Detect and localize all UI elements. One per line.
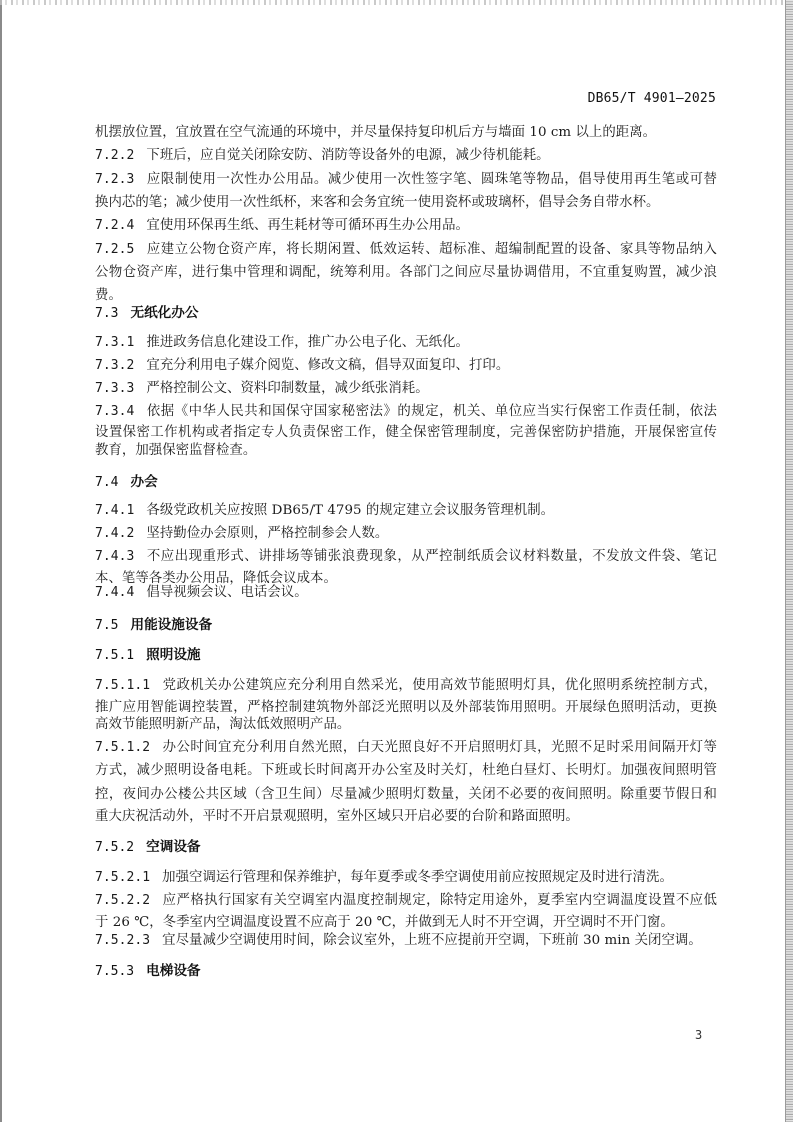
- clause-text: 各级党政机关应按照 DB65/T 4795 的规定建立会议服务管理机制。: [146, 503, 554, 518]
- clause-text: 宜使用环保再生纸、再生耗材等可循环再生办公用品。: [146, 218, 469, 233]
- section-title: 电梯设备: [146, 963, 200, 979]
- clause-number: 7.3.2: [95, 358, 134, 373]
- section-title: 用能设施设备: [130, 617, 212, 633]
- clause-7-4-1: 7.4.1各级党政机关应按照 DB65/T 4795 的规定建立会议服务管理机制…: [95, 502, 717, 520]
- section-heading-7-3: 7.3无纸化办公: [95, 304, 198, 323]
- subsection-heading-7-5-3: 7.5.3电梯设备: [95, 962, 201, 981]
- clause-7-2-5: 7.2.5应建立公物仓资产库，将长期闲置、低效运转、超标准、超编制配置的设备、家…: [95, 241, 717, 259]
- clause-7-4-4: 7.4.4倡导视频会议、电话会议。: [95, 584, 717, 602]
- clause-text: 推进政务信息化建设工作，推广办公电子化、无纸化。: [146, 335, 469, 350]
- scan-edge-right: [785, 0, 793, 1122]
- section-number: 7.5: [95, 618, 118, 633]
- paragraph-line: 控，夜间办公楼公共区域（含卫生间）尽量减少照明灯数量，关闭不必要的夜间照明。除重…: [95, 786, 717, 804]
- section-title: 办会: [130, 474, 157, 490]
- clause-number: 7.5.2.3: [95, 933, 150, 948]
- clause-number: 7.2.2: [95, 148, 134, 163]
- clause-text: 党政机关办公建筑应充分利用自然采光，使用高效节能照明灯具，优化照明系统控制方式，: [162, 678, 717, 693]
- paragraph-line: 推广应用智能调控装置，严格控制建筑物外部泛光照明以及外部装饰用照明。开展绿色照明…: [95, 699, 717, 717]
- paragraph-line: 机摆放位置，宜放置在空气流通的环境中，并尽量保持复印机后方与墙面 10 cm 以…: [95, 124, 717, 142]
- scan-edge-top: [0, 0, 793, 5]
- clause-number: 7.5.2.1: [95, 870, 150, 885]
- clause-7-3-1: 7.3.1推进政务信息化建设工作，推广办公电子化、无纸化。: [95, 334, 717, 352]
- clause-7-2-4: 7.2.4宜使用环保再生纸、再生耗材等可循环再生办公用品。: [95, 217, 717, 235]
- clause-number: 7.4.4: [95, 585, 134, 600]
- clause-number: 7.5.1.1: [95, 678, 150, 693]
- section-number: 7.5.3: [95, 964, 134, 979]
- subsection-heading-7-5-2: 7.5.2空调设备: [95, 838, 201, 857]
- clause-7-5-1-2: 7.5.1.2办公时间宜充分利用自然光照，白天光照良好不开启照明灯具，光照不足时…: [95, 739, 717, 757]
- scan-edge-left: [0, 0, 2, 1122]
- section-title: 照明设施: [146, 647, 200, 663]
- clause-text: 宜尽量减少空调使用时间，除会议室外，上班不应提前开空调，下班前 30 min 关…: [162, 933, 702, 948]
- paragraph-line: 于 26 ℃，冬季室内空调温度设置不应高于 20 ℃，并做到无人时不开空调，开空…: [95, 914, 717, 932]
- clause-7-5-1-1: 7.5.1.1党政机关办公建筑应充分利用自然采光，使用高效节能照明灯具，优化照明…: [95, 677, 717, 695]
- clause-text: 依据《中华人民共和国保守国家秘密法》的规定，机关、单位应当实行保密工作责任制，依…: [146, 404, 717, 419]
- clause-text: 坚持勤俭办会原则，严格控制参会人数。: [146, 526, 388, 541]
- clause-text: 应建立公物仓资产库，将长期闲置、低效运转、超标准、超编制配置的设备、家具等物品纳…: [146, 242, 717, 257]
- clause-7-2-3: 7.2.3应限制使用一次性办公用品。减少使用一次性签字笔、圆珠笔等物品，倡导使用…: [95, 171, 717, 189]
- clause-7-3-4: 7.3.4依据《中华人民共和国保守国家秘密法》的规定，机关、单位应当实行保密工作…: [95, 403, 717, 421]
- clause-number: 7.5.2.2: [95, 893, 150, 908]
- clause-7-2-2: 7.2.2下班后，应自觉关闭除安防、消防等设备外的电源，减少待机能耗。: [95, 147, 717, 165]
- clause-text: 宜充分利用电子媒介阅览、修改文稿，倡导双面复印、打印。: [146, 358, 509, 373]
- standard-code-header: DB65/T 4901—2025: [588, 91, 716, 106]
- clause-7-5-2-2: 7.5.2.2应严格执行国家有关空调室内温度控制规定，除特定用途外，夏季室内空调…: [95, 892, 717, 910]
- paragraph-line: 方式，减少照明设备电耗。下班或长时间离开办公室及时关灯，杜绝白昼灯、长明灯。加强…: [95, 762, 717, 780]
- clause-number: 7.3.3: [95, 381, 134, 396]
- clause-text: 加强空调运行管理和保养维护，每年夏季或冬季空调使用前应按照规定及时进行清洗。: [162, 870, 673, 885]
- clause-text: 倡导视频会议、电话会议。: [146, 585, 307, 600]
- paragraph-line: 换内芯的笔；减少使用一次性纸杯，来客和会务宜统一使用瓷杯或玻璃杯，倡导会务自带水…: [95, 194, 717, 212]
- paragraph-line: 重大庆祝活动外，平时不开启景观照明，室外区域只开启必要的台阶和路面照明。: [95, 808, 717, 826]
- clause-text: 下班后，应自觉关闭除安防、消防等设备外的电源，减少待机能耗。: [146, 148, 549, 163]
- section-heading-7-5: 7.5用能设施设备: [95, 616, 212, 635]
- clause-number: 7.3.1: [95, 335, 134, 350]
- clause-number: 7.4.1: [95, 503, 134, 518]
- clause-number: 7.2.4: [95, 218, 134, 233]
- clause-number: 7.4.3: [95, 549, 134, 564]
- paragraph-line: 教育，加强保密监督检查。: [95, 442, 717, 460]
- paragraph-line: 公物仓资产库，进行集中管理和调配，统筹利用。各部门之间应尽量协调借用，不宜重复购…: [95, 264, 717, 282]
- clause-number: 7.2.5: [95, 242, 134, 257]
- page-number: 3: [695, 1028, 702, 1042]
- clause-text: 办公时间宜充分利用自然光照，白天光照良好不开启照明灯具，光照不足时采用间隔开灯等: [162, 740, 717, 755]
- clause-7-5-2-1: 7.5.2.1加强空调运行管理和保养维护，每年夏季或冬季空调使用前应按照规定及时…: [95, 869, 717, 887]
- clause-7-4-2: 7.4.2坚持勤俭办会原则，严格控制参会人数。: [95, 525, 717, 543]
- section-number: 7.3: [95, 306, 118, 321]
- paragraph-line: 设置保密工作机构或者指定专人负责保密工作，健全保密管理制度，完善保密防护措施，开…: [95, 424, 717, 442]
- paragraph-line: 费。: [95, 287, 717, 305]
- clause-text: 严格控制公文、资料印制数量，减少纸张消耗。: [146, 381, 428, 396]
- subsection-heading-7-5-1: 7.5.1照明设施: [95, 646, 201, 665]
- clause-text: 应限制使用一次性办公用品。减少使用一次性签字笔、圆珠笔等物品，倡导使用再生笔或可…: [146, 172, 717, 187]
- clause-text: 应严格执行国家有关空调室内温度控制规定，除特定用途外，夏季室内空调温度设置不应低: [162, 893, 717, 908]
- clause-7-5-2-3: 7.5.2.3宜尽量减少空调使用时间，除会议室外，上班不应提前开空调，下班前 3…: [95, 932, 717, 950]
- section-heading-7-4: 7.4办会: [95, 473, 158, 492]
- section-number: 7.4: [95, 475, 118, 490]
- section-number: 7.5.1: [95, 648, 134, 663]
- clause-7-3-2: 7.3.2宜充分利用电子媒介阅览、修改文稿，倡导双面复印、打印。: [95, 357, 717, 375]
- clause-number: 7.4.2: [95, 526, 134, 541]
- clause-7-3-3: 7.3.3严格控制公文、资料印制数量，减少纸张消耗。: [95, 380, 717, 398]
- clause-number: 7.2.3: [95, 172, 134, 187]
- clause-text: 不应出现重形式、讲排场等铺张浪费现象，从严控制纸质会议材料数量，不发放文件袋、笔…: [146, 549, 717, 564]
- paragraph-line: 高效节能照明新产品，淘汰低效照明产品。: [95, 716, 717, 734]
- section-title: 无纸化办公: [130, 305, 198, 321]
- clause-7-4-3: 7.4.3不应出现重形式、讲排场等铺张浪费现象，从严控制纸质会议材料数量，不发放…: [95, 548, 717, 566]
- section-number: 7.5.2: [95, 840, 134, 855]
- clause-number: 7.3.4: [95, 404, 134, 419]
- section-title: 空调设备: [146, 839, 200, 855]
- clause-number: 7.5.1.2: [95, 740, 150, 755]
